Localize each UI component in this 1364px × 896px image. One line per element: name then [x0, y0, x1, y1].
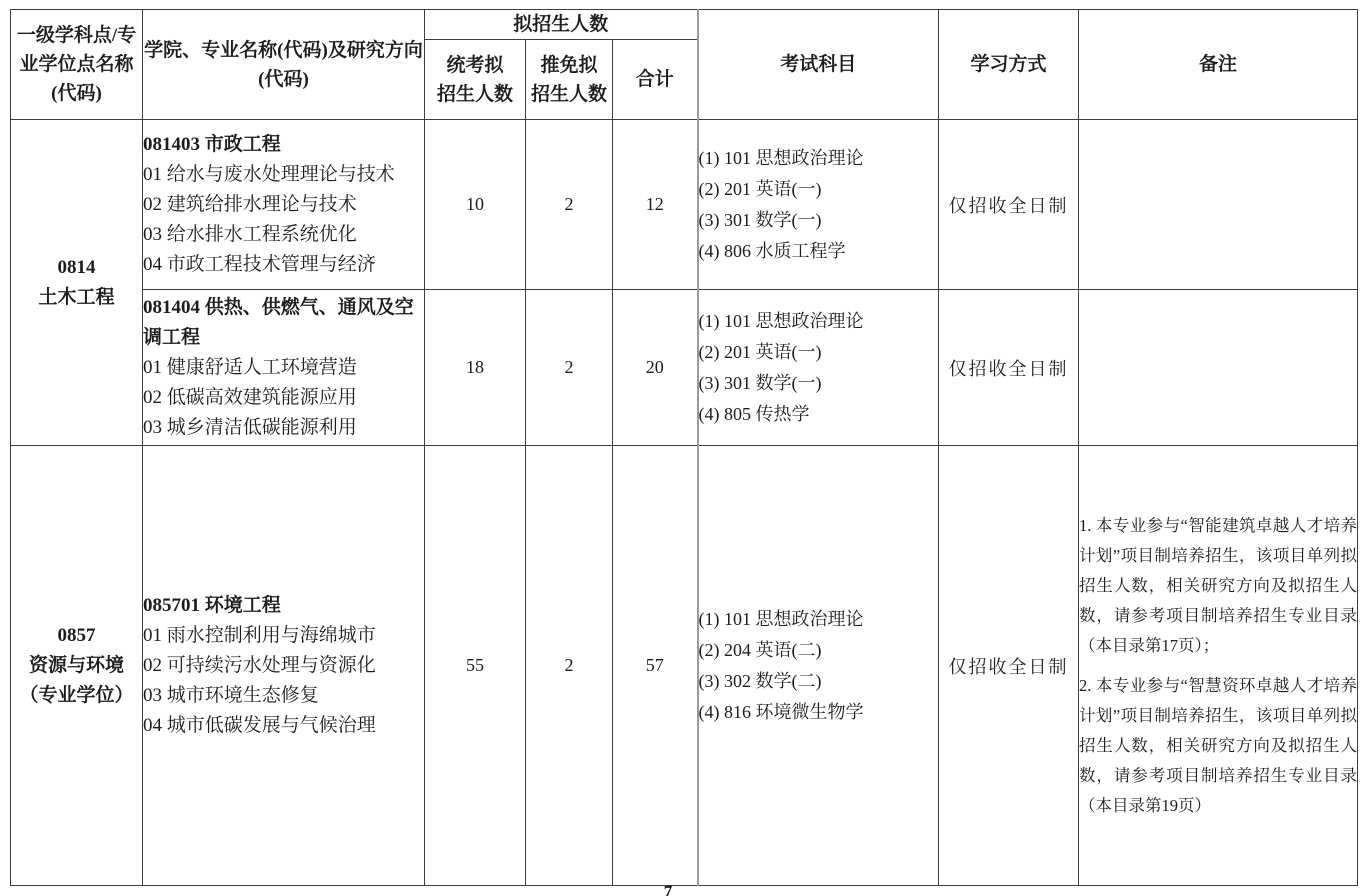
program-cell: 081404 供热、供燃气、通风及空调工程 01 健康舒适人工环境营造 02 低… [143, 290, 425, 446]
header-exam-subjects: 考试科目 [698, 10, 939, 120]
header-tongkao-count: 统考拟 招生人数 [425, 40, 526, 120]
header-discipline: 一级学科点/专 业学位点名称 (代码) [11, 10, 143, 120]
total-count-cell: 20 [613, 290, 698, 446]
program-directions: 01 雨水控制利用与海绵城市 02 可持续污水处理与资源化 03 城市环境生态修… [143, 621, 424, 741]
remarks-cell: 1. 本专业参与“智能建筑卓越人才培养计划”项目制培养招生，该项目单列拟招生人数… [1079, 446, 1358, 886]
program-title: 081403 市政工程 [143, 130, 424, 160]
header-tuimian-count: 推免拟 招生人数 [526, 40, 613, 120]
header-college-program: 学院、专业名称(代码)及研究方向 (代码) [143, 10, 425, 120]
total-count-cell: 12 [613, 120, 698, 290]
program-title: 085701 环境工程 [143, 591, 424, 621]
admissions-catalog-table: 一级学科点/专 业学位点名称 (代码) 学院、专业名称(代码)及研究方向 (代码… [10, 9, 1358, 886]
remark-item: 1. 本专业参与“智能建筑卓越人才培养计划”项目制培养招生，该项目单列拟招生人数… [1079, 511, 1357, 661]
total-count-cell: 57 [613, 446, 698, 886]
tuimian-count-cell: 2 [526, 446, 613, 886]
tuimian-count-cell: 2 [526, 290, 613, 446]
table-row: 0857 资源与环境 （专业学位） 085701 环境工程 01 雨水控制利用与… [11, 446, 1358, 886]
exam-subjects-cell: (1) 101 思想政治理论 (2) 201 英语(一) (3) 301 数学(… [698, 120, 939, 290]
header-planned-enrollment: 拟招生人数 [425, 10, 698, 40]
header-total-count: 合计 [613, 40, 698, 120]
remarks-cell [1079, 120, 1358, 290]
tongkao-count-cell: 10 [425, 120, 526, 290]
program-directions: 01 给水与废水处理理论与技术 02 建筑给排水理论与技术 03 给水排水工程系… [143, 160, 424, 280]
table-row: 0814 土木工程 081403 市政工程 01 给水与废水处理理论与技术 02… [11, 120, 1358, 290]
study-mode-cell: 仅招收全日制 [939, 290, 1079, 446]
page-number: 7 [648, 882, 688, 896]
tongkao-count-cell: 18 [425, 290, 526, 446]
table-header-row-top: 一级学科点/专 业学位点名称 (代码) 学院、专业名称(代码)及研究方向 (代码… [11, 10, 1358, 40]
tuimian-count-cell: 2 [526, 120, 613, 290]
discipline-cell-0857: 0857 资源与环境 （专业学位） [11, 446, 143, 886]
exam-subjects-cell: (1) 101 思想政治理论 (2) 204 英语(二) (3) 302 数学(… [698, 446, 939, 886]
study-mode-cell: 仅招收全日制 [939, 120, 1079, 290]
program-directions: 01 健康舒适人工环境营造 02 低碳高效建筑能源应用 03 城乡清洁低碳能源利… [143, 353, 424, 443]
discipline-cell-0814: 0814 土木工程 [11, 120, 143, 446]
remark-item: 2. 本专业参与“智慧资环卓越人才培养计划”项目制培养招生，该项目单列拟招生人数… [1079, 671, 1357, 821]
table-row: 081404 供热、供燃气、通风及空调工程 01 健康舒适人工环境营造 02 低… [11, 290, 1358, 446]
study-mode-cell: 仅招收全日制 [939, 446, 1079, 886]
program-title: 081404 供热、供燃气、通风及空调工程 [143, 293, 424, 353]
remarks-cell [1079, 290, 1358, 446]
tongkao-count-cell: 55 [425, 446, 526, 886]
program-cell: 085701 环境工程 01 雨水控制利用与海绵城市 02 可持续污水处理与资源… [143, 446, 425, 886]
program-cell: 081403 市政工程 01 给水与废水处理理论与技术 02 建筑给排水理论与技… [143, 120, 425, 290]
header-study-mode: 学习方式 [939, 10, 1079, 120]
header-remarks: 备注 [1079, 10, 1358, 120]
exam-subjects-cell: (1) 101 思想政治理论 (2) 201 英语(一) (3) 301 数学(… [698, 290, 939, 446]
